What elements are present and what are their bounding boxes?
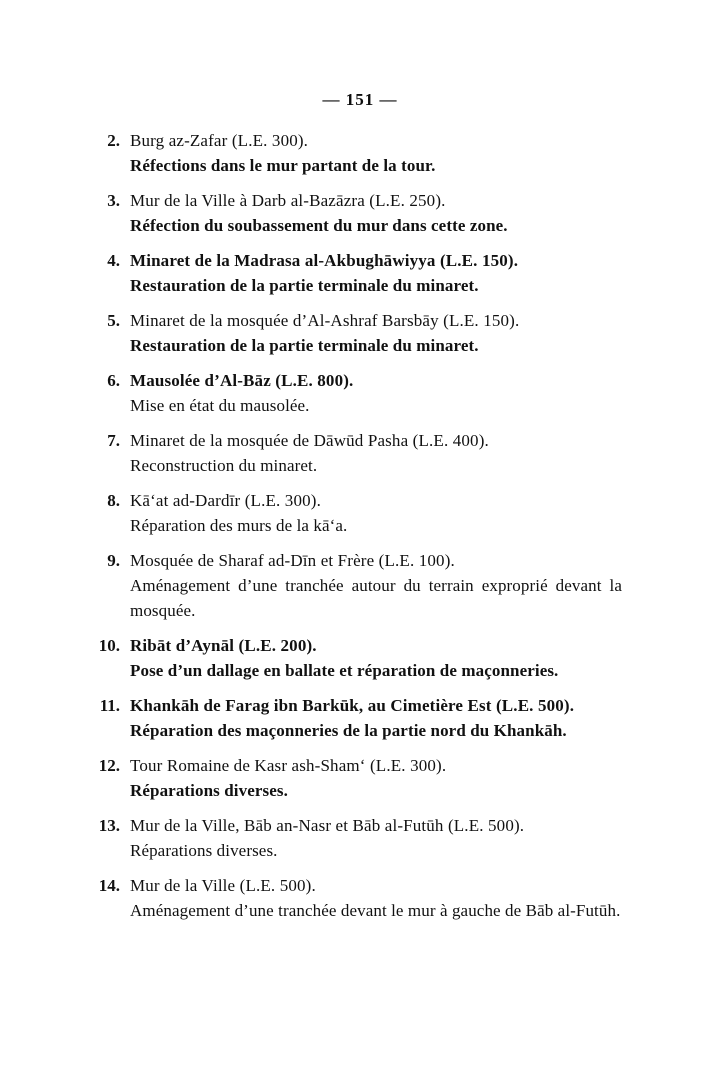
item-number: 7. [82, 428, 120, 453]
list-item: 12. Tour Romaine de Kasr ash-Sham‘ (L.E.… [82, 753, 622, 803]
item-number: 13. [82, 813, 120, 838]
item-number: 14. [82, 873, 120, 898]
item-description: Aménagement d’une tranchée devant le mur… [130, 898, 622, 923]
item-title: Minaret de la mosquée d’Al-Ashraf Barsbā… [130, 308, 622, 333]
item-title: Mosquée de Sharaf ad-Dīn et Frère (L.E. … [130, 548, 622, 573]
list-item: 14. Mur de la Ville (L.E. 500). Aménagem… [82, 873, 622, 923]
item-description: Réparation des maçonneries de la partie … [130, 718, 622, 743]
list-item: 11. Khankāh de Farag ibn Barkūk, au Cime… [82, 693, 622, 743]
list-item: 5. Minaret de la mosquée d’Al-Ashraf Bar… [82, 308, 622, 358]
item-number: 11. [82, 693, 120, 718]
item-title: Ribāt d’Aynāl (L.E. 200). [130, 633, 622, 658]
item-number: 12. [82, 753, 120, 778]
item-description: Reconstruction du minaret. [130, 453, 622, 478]
item-description: Restauration de la partie terminale du m… [130, 333, 622, 358]
item-description: Réfections dans le mur partant de la tou… [130, 153, 622, 178]
page-number: — 151 — [0, 90, 720, 110]
item-title: Mur de la Ville, Bāb an-Nasr et Bāb al-F… [130, 813, 622, 838]
item-title: Tour Romaine de Kasr ash-Sham‘ (L.E. 300… [130, 753, 622, 778]
item-number: 6. [82, 368, 120, 393]
item-title: Minaret de la Madrasa al-Akbughāwiyya (L… [130, 248, 622, 273]
item-number: 2. [82, 128, 120, 153]
item-description: Aménagement d’une tranchée autour du ter… [130, 573, 622, 623]
list-item: 2. Burg az-Zafar (L.E. 300). Réfections … [82, 128, 622, 178]
item-description: Réparation des murs de la kā‘a. [130, 513, 622, 538]
item-number: 8. [82, 488, 120, 513]
restoration-list: 2. Burg az-Zafar (L.E. 300). Réfections … [82, 128, 622, 933]
item-title: Khankāh de Farag ibn Barkūk, au Cimetièr… [130, 693, 622, 718]
item-title: Mausolée d’Al-Bāz (L.E. 800). [130, 368, 622, 393]
item-description: Mise en état du mausolée. [130, 393, 622, 418]
item-description: Restauration de la partie terminale du m… [130, 273, 622, 298]
list-item: 13. Mur de la Ville, Bāb an-Nasr et Bāb … [82, 813, 622, 863]
item-title: Mur de la Ville (L.E. 500). [130, 873, 622, 898]
item-description: Réfection du soubassement du mur dans ce… [130, 213, 622, 238]
list-item: 4. Minaret de la Madrasa al-Akbughāwiyya… [82, 248, 622, 298]
document-page: — 151 — 2. Burg az-Zafar (L.E. 300). Réf… [0, 0, 720, 1082]
list-item: 7. Minaret de la mosquée de Dāwūd Pasha … [82, 428, 622, 478]
item-number: 4. [82, 248, 120, 273]
item-number: 5. [82, 308, 120, 333]
item-title: Minaret de la mosquée de Dāwūd Pasha (L.… [130, 428, 622, 453]
item-title: Kā‘at ad-Dardīr (L.E. 300). [130, 488, 622, 513]
item-title: Burg az-Zafar (L.E. 300). [130, 128, 622, 153]
list-item: 3. Mur de la Ville à Darb al-Bazāzra (L.… [82, 188, 622, 238]
list-item: 9. Mosquée de Sharaf ad-Dīn et Frère (L.… [82, 548, 622, 623]
list-item: 10. Ribāt d’Aynāl (L.E. 200). Pose d’un … [82, 633, 622, 683]
item-number: 3. [82, 188, 120, 213]
item-description: Pose d’un dallage en ballate et réparati… [130, 658, 622, 683]
item-number: 10. [82, 633, 120, 658]
item-number: 9. [82, 548, 120, 573]
list-item: 6. Mausolée d’Al-Bāz (L.E. 800). Mise en… [82, 368, 622, 418]
list-item: 8. Kā‘at ad-Dardīr (L.E. 300). Réparatio… [82, 488, 622, 538]
item-description: Réparations diverses. [130, 838, 622, 863]
item-description: Réparations diverses. [130, 778, 622, 803]
item-title: Mur de la Ville à Darb al-Bazāzra (L.E. … [130, 188, 622, 213]
